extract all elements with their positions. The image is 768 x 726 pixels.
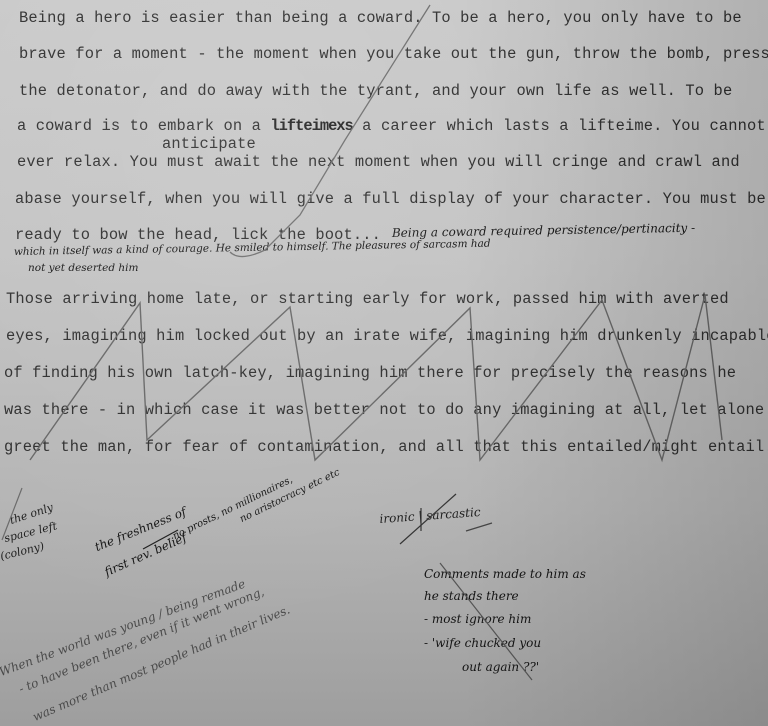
typed-line: was there - in which case it was better … bbox=[4, 401, 764, 419]
interlinear-insert: anticipate bbox=[162, 135, 256, 153]
typed-line: Being a hero is easier than being a cowa… bbox=[19, 9, 742, 27]
margin-note-comments-2: he stands there bbox=[424, 589, 519, 603]
handwritten-continuation-3: not yet deserted him bbox=[28, 262, 138, 274]
margin-note-ironic-sarcastic: ironic | sarcastic bbox=[379, 505, 481, 526]
margin-note-comments-1: Comments made to him as bbox=[424, 567, 586, 581]
manuscript-page: Being a hero is easier than being a cowa… bbox=[0, 0, 768, 726]
typed-line: ever relax. You must await the next mome… bbox=[17, 153, 740, 171]
struck-out-word: lifteimexs bbox=[270, 117, 352, 135]
typed-line: brave for a moment - the moment when you… bbox=[19, 45, 768, 63]
typed-line: Those arriving home late, or starting ea… bbox=[6, 290, 729, 308]
typed-line-with-strike: a coward is to embark on a lifteimexs a … bbox=[17, 117, 766, 135]
typed-line: eyes, imagining him locked out by an ira… bbox=[6, 327, 768, 345]
typed-line-end: a career which lasts a lifteime. You can… bbox=[353, 117, 766, 135]
struck-word-ironic: ironic bbox=[379, 510, 415, 526]
typed-line: the detonator, and do away with the tyra… bbox=[19, 82, 732, 100]
typed-line: abase yourself, when you will give a ful… bbox=[15, 190, 766, 208]
margin-note-comments-4: - 'wife chucked you bbox=[424, 636, 541, 650]
divider: | bbox=[414, 509, 427, 524]
margin-note-young-1: When the world was young / being remade bbox=[0, 577, 247, 679]
typed-line-start: a coward is to embark on a bbox=[17, 117, 270, 135]
margin-note-comments-5: out again ??' bbox=[462, 660, 539, 674]
word-sarcastic: sarcastic bbox=[426, 505, 481, 523]
typed-line: greet the man, for fear of contamination… bbox=[4, 438, 768, 456]
typed-line: of finding his own latch-key, imagining … bbox=[4, 364, 736, 382]
margin-note-comments-3: - most ignore him bbox=[424, 612, 531, 626]
